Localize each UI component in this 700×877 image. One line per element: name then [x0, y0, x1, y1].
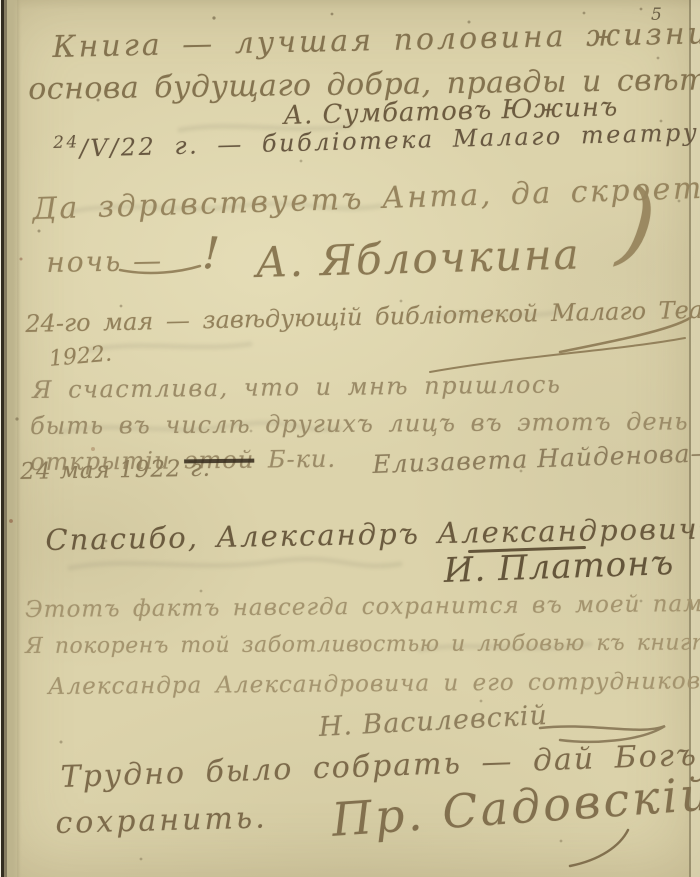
entry4-date: 24 мая 1922 г. — [20, 456, 211, 485]
entry7-line2: сохранить. — [55, 800, 268, 841]
entry6-line2: Я покоренъ той заботливостью и любовью к… — [25, 630, 700, 659]
entry4-line1: Я счастлива, что и мнѣ пришлось — [32, 370, 562, 404]
signature-platon: И. Платонъ — [443, 543, 675, 591]
entry4-line2: быть въ числѣ другихъ лицъ въ этотъ день… — [30, 407, 700, 440]
signature-yablochkina: А. Яблочкина — [255, 229, 581, 286]
entry2-exclamation: ! — [201, 228, 220, 280]
entry4-line3-end: Б-ки. — [268, 445, 336, 474]
entry2-line2: ночь — — [46, 244, 163, 279]
manuscript-page: 5 Книга — лучшая половина жизни, основа … — [0, 0, 700, 877]
entry1-date-day: 24 — [53, 131, 80, 152]
